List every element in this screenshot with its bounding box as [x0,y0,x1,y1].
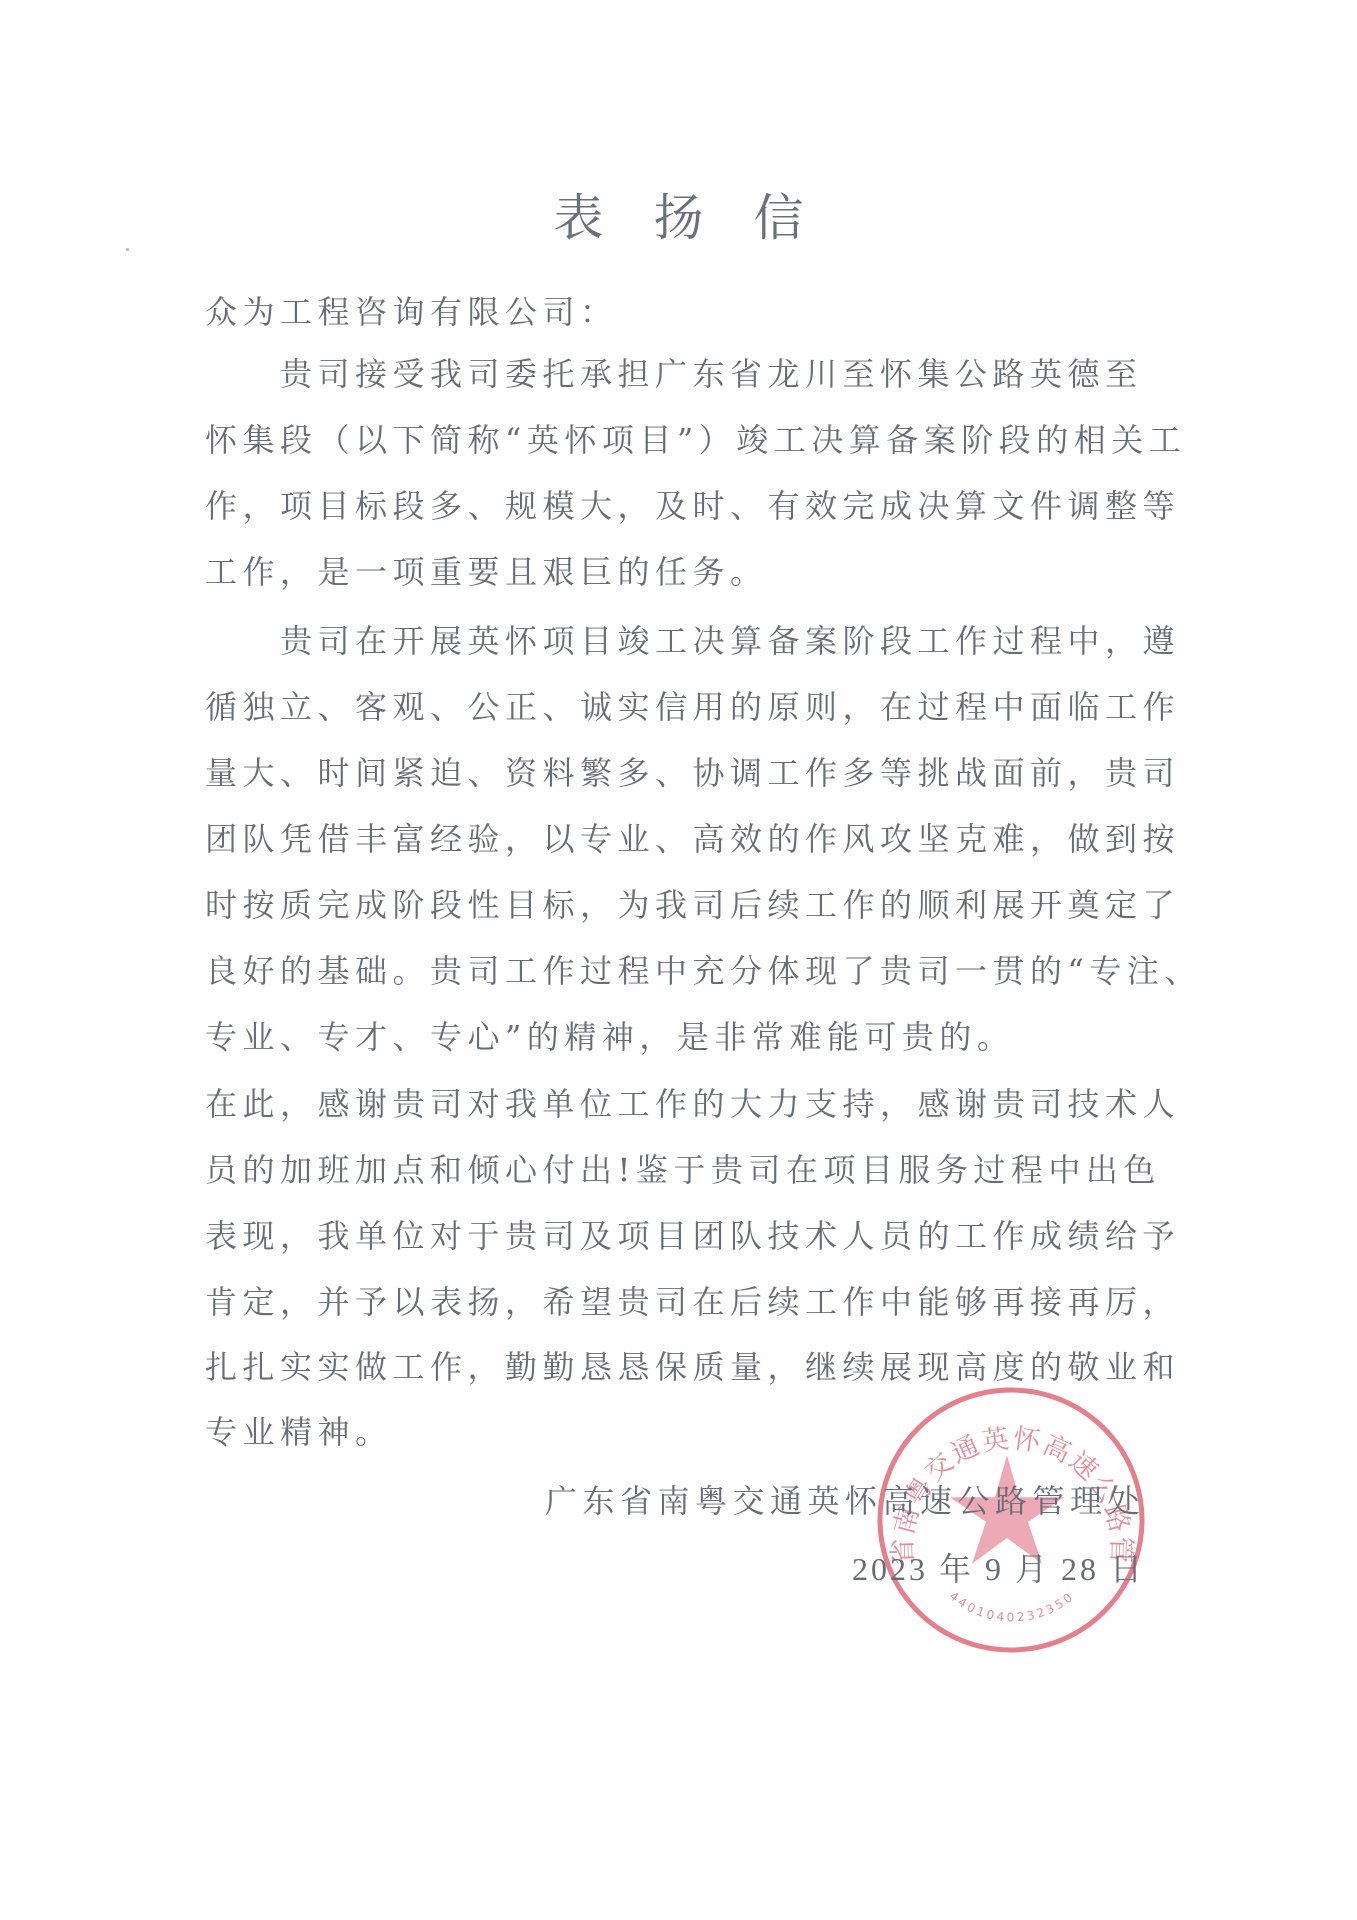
paragraph-line: 工作，是一项重要且艰巨的任务。 [205,552,1155,592]
letter-title: 表扬信 [0,186,1357,250]
paragraph-line: 团队凭借丰富经验，以专业、高效的作风攻坚克难，做到按 [205,819,1155,859]
signature-date: 2023 年 9 月 28 日 [852,1549,1145,1589]
salutation: 众为工程咨询有限公司： [205,292,1155,332]
paragraph-line: 贵司在开展英怀项目竣工决算备案阶段工作过程中，遵 [280,621,1230,661]
paragraph-line: 良好的基础。贵司工作过程中充分体现了贵司一贯的“专注、 [205,951,1155,991]
paragraph-line: 在此，感谢贵司对我单位工作的大力支持，感谢贵司技术人 [205,1084,1155,1124]
paragraph-line: 员的加班加点和倾心付出!鉴于贵司在项目服务过程中出色 [205,1150,1155,1190]
paragraph-line: 循独立、客观、公正、诚实信用的原则，在过程中面临工作 [205,687,1155,727]
svg-text:4401040232350: 4401040232350 [947,1589,1078,1625]
seal-code: 4401040232350 [947,1589,1078,1625]
signature-organization: 广东省南粤交通英怀高速公路管理处 [545,1481,1145,1521]
paragraph-line: 肯定，并予以表扬，希望贵司在后续工作中能够再接再厉， [205,1282,1155,1322]
letter-page: 表扬信 众为工程咨询有限公司： 贵司接受我司委托承担广东省龙川至怀集公路英德至 … [0,0,1357,1920]
paragraph-line: 时按质完成阶段性目标，为我司后续工作的顺利展开奠定了 [205,885,1155,925]
paragraph-line: 怀集段（以下简称“英怀项目”）竣工决算备案阶段的相关工 [205,420,1155,460]
paragraph-line: 贵司接受我司委托承担广东省龙川至怀集公路英德至 [280,354,1230,394]
paragraph-line: 扎扎实实做工作，勤勤恳恳保质量，继续展现高度的敬业和 [205,1347,1155,1387]
paragraph-line: 专业、专才、专心”的精神，是非常难能可贵的。 [205,1017,1155,1057]
paragraph-line: 表现，我单位对于贵司及项目团队技术人员的工作成绩给予 [205,1216,1155,1256]
paragraph-line: 作，项目标段多、规模大，及时、有效完成决算文件调整等 [205,486,1155,526]
paragraph-line: 量大、时间紧迫、资料繁多、协调工作多等挑战面前，贵司 [205,753,1155,793]
